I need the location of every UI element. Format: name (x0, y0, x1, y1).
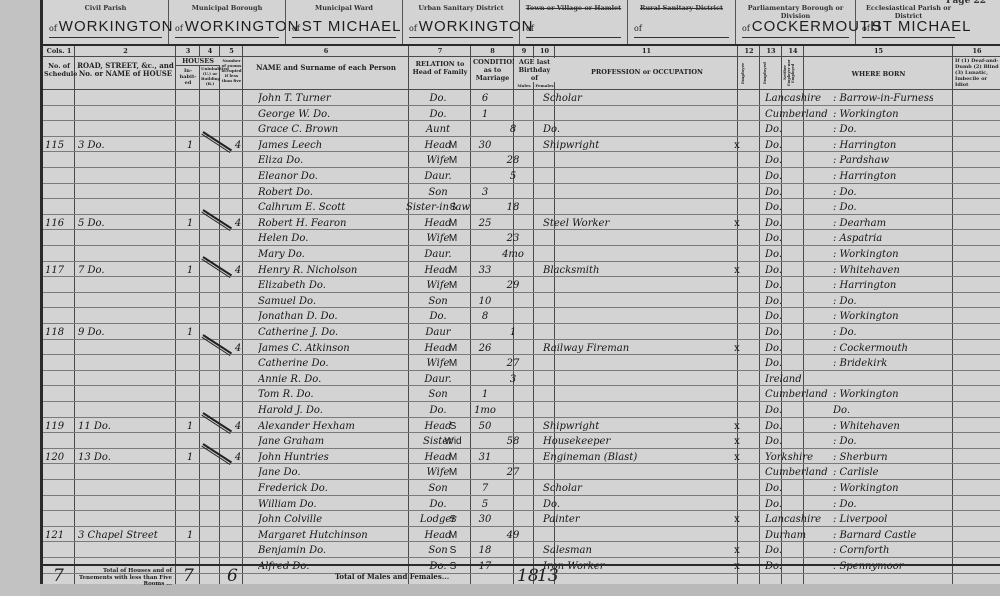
houses-inhabited (183, 464, 197, 479)
employed-mark (723, 355, 751, 370)
schedule-no (45, 386, 75, 401)
houses-inhabited (183, 90, 197, 105)
occupation (543, 386, 698, 401)
address (78, 402, 218, 417)
employer-mark (688, 308, 718, 323)
birth-town: : Workington (833, 480, 933, 495)
employed-mark (723, 371, 751, 386)
person-name: John Huntries (258, 449, 418, 464)
houses-inhabited (183, 277, 197, 292)
birth-town: : Whitehaven (833, 418, 933, 433)
age-female (501, 449, 525, 464)
schedule-no (45, 511, 75, 526)
age-female (501, 308, 525, 323)
employed-mark (723, 152, 751, 167)
rooms-count: 4 (231, 262, 245, 277)
age-female (501, 386, 525, 401)
houses-inhabited (183, 480, 197, 495)
houses-inhabited (183, 121, 197, 136)
occupation (543, 246, 698, 261)
occupation (543, 199, 698, 214)
employed-mark (723, 402, 751, 417)
person-name: Margaret Hutchinson (258, 527, 418, 542)
occupation: Scholar (543, 480, 698, 495)
employed-mark (723, 496, 751, 511)
age-male (473, 433, 497, 448)
occupation: Salesman (543, 542, 698, 557)
age-female (501, 480, 525, 495)
employed-mark: x (723, 433, 751, 448)
condition (428, 121, 478, 136)
age-female: 58 (501, 433, 525, 448)
birth-town: : Harrington (833, 168, 933, 183)
schedule-no: 117 (45, 262, 75, 277)
address (78, 293, 218, 308)
age-female (501, 184, 525, 199)
houses-inhabited (183, 402, 197, 417)
table-row: John T. TurnerDo.6ScholarLancashire: Bar… (43, 90, 1000, 106)
houses-inhabited (183, 386, 197, 401)
employer-mark (688, 324, 718, 339)
col-head-schedule: No. of Schedule (44, 62, 74, 78)
header-value: ofST MICHAEL (292, 19, 396, 38)
table-row: Eliza Do.WifeM28Do.: Pardshaw (43, 152, 1000, 168)
schedule-no: 119 (45, 418, 75, 433)
employed-mark (723, 90, 751, 105)
schedule-no (45, 277, 75, 292)
header-value: ofWORKINGTON (409, 19, 513, 38)
employed-mark (723, 121, 751, 136)
age-male: 8 (473, 308, 497, 323)
occupation: Shipwright (543, 137, 698, 152)
birth-town: : Barnard Castle (833, 527, 933, 542)
age-female (501, 90, 525, 105)
total-inhabited: 7 (183, 566, 194, 586)
person-name: William Do. (258, 496, 418, 511)
col-num-8: 8 (471, 46, 514, 56)
total-schedules: 7 (53, 566, 64, 586)
address: 7 Do. (78, 262, 218, 277)
rooms-count: 4 (231, 418, 245, 433)
table-row: 1189 Do.1Catherine J. Do.Daur1Do.: Do. (43, 324, 1000, 340)
occupation (543, 277, 698, 292)
header-caption: Municipal Borough (192, 4, 263, 12)
address (78, 168, 218, 183)
occupation: Blacksmith (543, 262, 698, 277)
houses-inhabited (183, 106, 197, 121)
person-name: George W. Do. (258, 106, 418, 121)
person-name: Elizabeth Do. (258, 277, 418, 292)
person-name: Benjamin Do. (258, 542, 418, 557)
employed-mark (723, 277, 751, 292)
condition (428, 496, 478, 511)
person-name: James Leech (258, 137, 418, 152)
table-row: Eleanor Do.Daur.5Do.: Harrington (43, 168, 1000, 184)
age-female (501, 542, 525, 557)
table-row: Calhrum E. ScottSister-in-lawS18Do.: Do. (43, 199, 1000, 215)
condition: S (428, 511, 478, 526)
schedule-no (45, 152, 75, 167)
employer-mark (688, 106, 718, 121)
condition (428, 293, 478, 308)
birth-town: : Do. (833, 121, 933, 136)
condition: M (428, 449, 478, 464)
employed-mark: x (723, 449, 751, 464)
age-female: 18 (501, 199, 525, 214)
col-head-females: Females (534, 82, 555, 90)
table-row: Frederick Do.Son7ScholarDo.: Workington (43, 480, 1000, 496)
employed-mark (723, 199, 751, 214)
header-field-6: Rural Sanitary Districtof (628, 0, 736, 44)
col-head-occupation: PROFESSION or OCCUPATION (563, 68, 731, 76)
houses-inhabited (183, 293, 197, 308)
age-female (501, 215, 525, 230)
age-female (501, 418, 525, 433)
table-row: Robert Do.Son3Do.: Do. (43, 184, 1000, 200)
col-head-neither: Neither Employer nor Employed (783, 58, 803, 88)
age-male (473, 230, 497, 245)
condition (428, 402, 478, 417)
rooms-count: 4 (231, 449, 245, 464)
person-name: Jane Do. (258, 464, 418, 479)
houses-inhabited (183, 308, 197, 323)
totals-row: 7 Total of Houses and of Tenements with … (43, 564, 1000, 586)
table-row: Annie R. Do.Daur.3Ireland (43, 371, 1000, 387)
employed-mark (723, 480, 751, 495)
occupation: Do. (543, 496, 698, 511)
col-num-14: 14 (782, 46, 804, 56)
person-name: Frederick Do. (258, 480, 418, 495)
table-row: Jane Do.WifeM27Cumberland: Carlisle (43, 464, 1000, 480)
age-female (501, 340, 525, 355)
rooms-count: 4 (231, 340, 245, 355)
address (78, 199, 218, 214)
birth-town: : Harrington (833, 137, 933, 152)
occupation: Engineman (Blast) (543, 449, 698, 464)
employer-mark (688, 371, 718, 386)
birth-town: : Pardshaw (833, 152, 933, 167)
birth-town: : Do. (833, 293, 933, 308)
age-male (473, 527, 497, 542)
schedule-no (45, 293, 75, 308)
employed-mark (723, 293, 751, 308)
employed-mark (723, 386, 751, 401)
col-num-5: 5 (220, 46, 243, 56)
table-row: Tom R. Do.Son1Cumberland: Workington (43, 386, 1000, 402)
person-name: Helen Do. (258, 230, 418, 245)
address: 3 Chapel Street (78, 527, 218, 542)
age-male: 5 (473, 496, 497, 511)
occupation (543, 527, 698, 542)
occupation (543, 402, 698, 417)
schedule-no (45, 106, 75, 121)
occupation (543, 293, 698, 308)
employer-mark (688, 168, 718, 183)
age-female (501, 137, 525, 152)
col-num-4: 4 (200, 46, 220, 56)
col-head-employed: Employed (761, 60, 781, 86)
employed-mark: x (723, 340, 751, 355)
person-name: John Colville (258, 511, 418, 526)
header-value: of (634, 19, 729, 38)
col-num-6: 6 (243, 46, 409, 56)
age-female (501, 511, 525, 526)
schedule-no (45, 542, 75, 557)
age-male: 25 (473, 215, 497, 230)
age-female: 1 (501, 324, 525, 339)
employer-mark (688, 340, 718, 355)
schedule-no (45, 433, 75, 448)
table-row: Benjamin Do.SonS18SalesmanxDo.: Cornfort… (43, 542, 1000, 558)
condition: M (428, 262, 478, 277)
employer-mark (688, 433, 718, 448)
schedule-no: 120 (45, 449, 75, 464)
header-field-2: Municipal BoroughofWORKINGTON (169, 0, 286, 44)
employer-mark (688, 293, 718, 308)
age-male: 1 (473, 386, 497, 401)
table-row: 12013 Do.1John HuntriesHeadM31Engineman … (43, 449, 1000, 465)
schedule-no (45, 496, 75, 511)
census-table: Cols. 1 2 3 4 5 6 7 8 9 10 11 12 13 14 1… (43, 44, 1000, 584)
employed-mark: x (723, 137, 751, 152)
occupation (543, 106, 698, 121)
occupation: Do. (543, 121, 698, 136)
person-name: Samuel Do. (258, 293, 418, 308)
person-name: Robert Do. (258, 184, 418, 199)
col-head-inhabited: In-habit-ed (177, 68, 199, 86)
address (78, 121, 218, 136)
employer-mark (688, 496, 718, 511)
condition: M (428, 277, 478, 292)
address (78, 464, 218, 479)
occupation (543, 371, 698, 386)
employed-mark: x (723, 418, 751, 433)
birth-town: : Workington (833, 246, 933, 261)
address (78, 246, 218, 261)
employer-mark (688, 449, 718, 464)
age-male (473, 371, 497, 386)
houses-inhabited (183, 230, 197, 245)
person-name: Jonathan D. Do. (258, 308, 418, 323)
employer-mark (688, 511, 718, 526)
occupation: Housekeeper (543, 433, 698, 448)
age-female: 27 (501, 355, 525, 370)
header-caption: Civil Parish (85, 4, 127, 12)
houses-inhabited (183, 355, 197, 370)
occupation: Painter (543, 511, 698, 526)
age-male (473, 324, 497, 339)
address (78, 277, 218, 292)
age-male: 3 (473, 184, 497, 199)
col-num-1: Cols. 1 (43, 46, 75, 56)
person-name: Henry R. Nicholson (258, 262, 418, 277)
employer-mark (688, 137, 718, 152)
header-value: of (526, 19, 621, 38)
age-male (473, 246, 497, 261)
header-caption: Town or Village or Hamlet (526, 4, 621, 12)
schedule-no (45, 246, 75, 261)
sheet-header: Civil ParishofWORKINGTONMunicipal Boroug… (43, 0, 1000, 44)
table-row: James C. AtkinsonHeadM26Railway Firemanx… (43, 340, 1000, 356)
schedule-no: 116 (45, 215, 75, 230)
total-tenements: 6 (227, 566, 238, 586)
employed-mark (723, 230, 751, 245)
person-name: Tom R. Do. (258, 386, 418, 401)
age-female: 8 (501, 121, 525, 136)
person-name: Robert H. Fearon (258, 215, 418, 230)
birth-town: : Do. (833, 433, 933, 448)
total-houses-label: Total of Houses and of Tenements with le… (78, 568, 172, 588)
condition: M (428, 464, 478, 479)
age-female: 23 (501, 230, 525, 245)
address (78, 511, 218, 526)
birth-town: : Workington (833, 308, 933, 323)
age-male: 30 (473, 511, 497, 526)
person-name: Grace C. Brown (258, 121, 418, 136)
person-name: Annie R. Do. (258, 371, 418, 386)
employed-mark (723, 308, 751, 323)
birth-town: : Dearham (833, 215, 933, 230)
employed-mark: x (723, 542, 751, 557)
age-female (501, 262, 525, 277)
birth-town: : Whitehaven (833, 262, 933, 277)
condition (428, 386, 478, 401)
schedule-no (45, 168, 75, 183)
age-female (501, 106, 525, 121)
col-head-houses: HOUSES (176, 57, 220, 66)
age-female (501, 293, 525, 308)
birth-town: Do. (833, 402, 933, 417)
person-name: Calhrum E. Scott (258, 199, 418, 214)
occupation: Railway Fireman (543, 340, 698, 355)
schedule-no: 121 (45, 527, 75, 542)
col-num-10: 10 (534, 46, 555, 56)
birth-town: : Cornforth (833, 542, 933, 557)
houses-inhabited: 1 (183, 215, 197, 230)
table-row: Elizabeth Do.WifeM29Do.: Harrington (43, 277, 1000, 293)
header-field-3: Municipal WardofST MICHAEL (286, 0, 403, 44)
houses-inhabited (183, 371, 197, 386)
col-head-relation: RELATION to Head of Family (411, 60, 469, 76)
col-head-rooms: Number of rooms occupied if less than fi… (221, 58, 242, 83)
person-name: Catherine Do. (258, 355, 418, 370)
total-females: 13 (537, 566, 559, 586)
age-male (473, 121, 497, 136)
houses-inhabited: 1 (183, 449, 197, 464)
employed-mark (723, 324, 751, 339)
age-male: 50 (473, 418, 497, 433)
schedule-no (45, 90, 75, 105)
table-row: Samuel Do.Son10Do.: Do. (43, 293, 1000, 309)
address (78, 90, 218, 105)
age-male: 1 (473, 106, 497, 121)
header-value: ofCOCKERMOUTH (742, 19, 849, 38)
employed-mark (723, 184, 751, 199)
person-name: Alexander Hexham (258, 418, 418, 433)
age-male (473, 199, 497, 214)
employed-mark (723, 464, 751, 479)
schedule-no (45, 199, 75, 214)
col-head-employer: Employer (739, 60, 759, 86)
employed-mark: x (723, 215, 751, 230)
houses-inhabited (183, 199, 197, 214)
schedule-no (45, 121, 75, 136)
header-field-1: Civil ParishofWORKINGTON (43, 0, 169, 44)
table-row: Harold J. Do.Do.1moDo.Do. (43, 402, 1000, 418)
occupation (543, 355, 698, 370)
occupation: Shipwright (543, 418, 698, 433)
condition (428, 246, 478, 261)
person-name: James C. Atkinson (258, 340, 418, 355)
schedule-no (45, 480, 75, 495)
condition (428, 480, 478, 495)
employed-mark: x (723, 262, 751, 277)
table-row: 1165 Do.1Robert H. FearonHeadM25Steel Wo… (43, 215, 1000, 231)
houses-inhabited (183, 246, 197, 261)
col-head-address: ROAD, STREET, &c., and No. or NAME of HO… (77, 62, 174, 78)
address (78, 480, 218, 495)
col-head-age: AGE last Birthday of (514, 58, 555, 82)
schedule-no (45, 230, 75, 245)
address (78, 106, 218, 121)
occupation (543, 324, 698, 339)
age-male (473, 277, 497, 292)
address (78, 542, 218, 557)
employer-mark (688, 184, 718, 199)
table-row: Catherine Do.WifeM27Do.: Bridekirk (43, 355, 1000, 371)
schedule-no (45, 308, 75, 323)
condition (428, 168, 478, 183)
table-row: William Do.Do.5Do.Do.: Do. (43, 496, 1000, 512)
birth-town: : Do. (833, 184, 933, 199)
table-row: Jane GrahamSisterWid58HousekeeperxDo.: D… (43, 433, 1000, 449)
birth-town: : Workington (833, 386, 933, 401)
employer-mark (688, 386, 718, 401)
condition: M (428, 230, 478, 245)
header-field-8: Ecclesiastical Parish or DistrictofST MI… (856, 0, 961, 44)
col-head-infirmity: If (1) Deaf-and-Dumb (2) Blind (3) Lunat… (955, 58, 1000, 88)
address (78, 340, 218, 355)
census-sheet: Page 22 Civil ParishofWORKINGTONMunicipa… (40, 0, 1000, 584)
age-female: 49 (501, 527, 525, 542)
schedule-no (45, 464, 75, 479)
houses-inhabited (183, 433, 197, 448)
header-field-7: Parliamentary Borough or DivisionofCOCKE… (736, 0, 856, 44)
age-male (473, 152, 497, 167)
occupation (543, 308, 698, 323)
table-row: 11911 Do.1Alexander HexhamHeadS50Shipwri… (43, 418, 1000, 434)
address (78, 433, 218, 448)
houses-inhabited (183, 184, 197, 199)
schedule-no (45, 402, 75, 417)
person-name: Eleanor Do. (258, 168, 418, 183)
table-row: Helen Do.WifeM23Do.: Aspatria (43, 230, 1000, 246)
age-female: 27 (501, 464, 525, 479)
col-num-12: 12 (738, 46, 760, 56)
person-name: Harold J. Do. (258, 402, 418, 417)
birth-town: : Harrington (833, 277, 933, 292)
employer-mark (688, 215, 718, 230)
age-male (473, 168, 497, 183)
age-female: 3 (501, 371, 525, 386)
schedule-no (45, 184, 75, 199)
col-num-7: 7 (409, 46, 471, 56)
birth-town: : Workington (833, 106, 933, 121)
col-num-15: 15 (804, 46, 953, 56)
address: 11 Do. (78, 418, 218, 433)
header-caption: Rural Sanitary District (640, 4, 723, 12)
person-name: Eliza Do. (258, 152, 418, 167)
